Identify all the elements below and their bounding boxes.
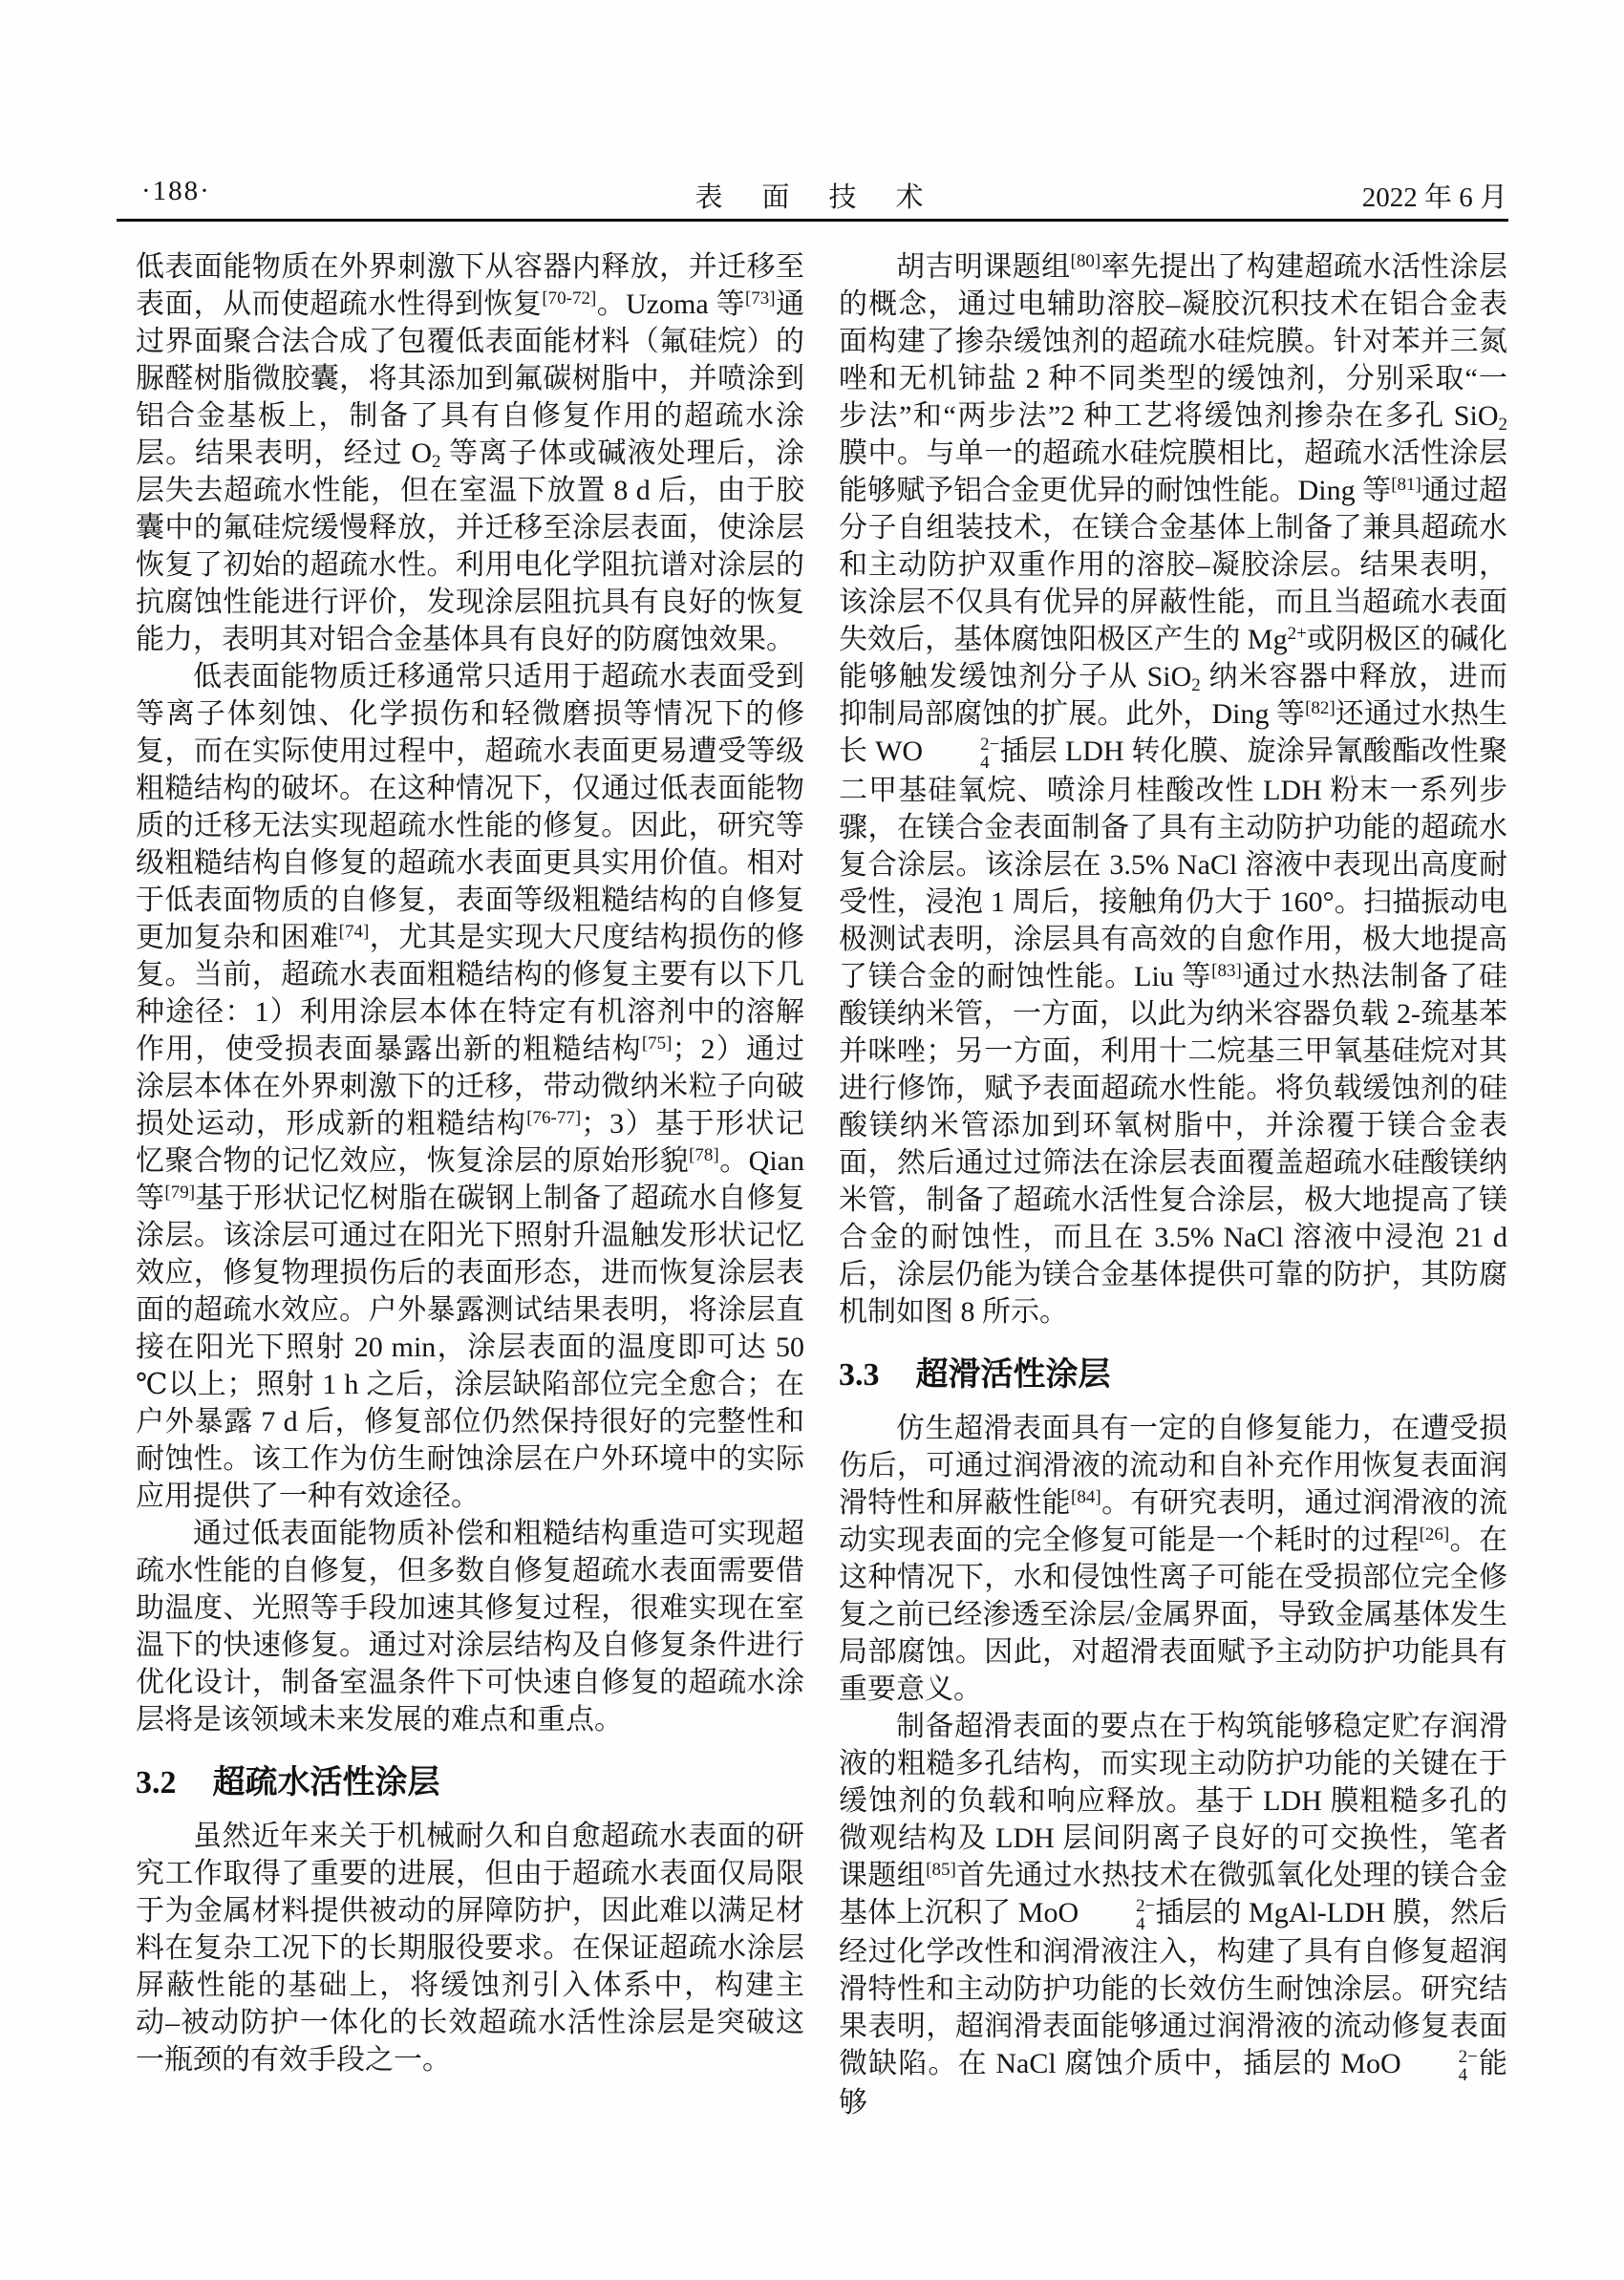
- stacked-ion-charge: 2−4: [1401, 2048, 1478, 2084]
- issue-date: 2022 年 6 月: [1362, 176, 1507, 215]
- chemical-subscript: 2: [432, 452, 441, 472]
- paragraph: 通过低表面能物质补偿和粗糙结构重造可实现超疏水性能的自修复，但多数自修复超疏水表…: [136, 1515, 804, 1738]
- reference-superscript: [85]: [926, 1860, 956, 1880]
- paragraph: 虽然近年来关于机械耐久和自愈超疏水表面的研究工作取得了重要的进展，但由于超疏水表…: [136, 1818, 804, 2078]
- reference-superscript: [81]: [1391, 475, 1421, 495]
- paragraph: 仿生超滑表面具有一定的自修复能力，在遭受损伤后，可通过润滑液的流动和自补充作用恢…: [839, 1410, 1507, 1708]
- section-heading-3-2: 3.2超疏水活性涂层: [136, 1761, 804, 1804]
- reference-superscript: [70-72]: [542, 288, 596, 309]
- paragraph: 制备超滑表面的要点在于构筑能够稳定贮存润滑液的粗糙多孔结构，而实现主动防护功能的…: [839, 1708, 1507, 2121]
- chemical-subscript: 2: [1191, 675, 1201, 695]
- paragraph: 胡吉明课题组[80]率先提出了构建超疏水活性涂层的概念，通过电辅助溶胶–凝胶沉积…: [839, 248, 1507, 1331]
- stacked-ion-charge: 2−4: [1079, 1897, 1155, 1933]
- reference-superscript: [73]: [745, 288, 776, 309]
- paragraph: 低表面能物质在外界刺激下从容器内释放，并迁移至表面，从而使超疏水性得到恢复[70…: [136, 248, 804, 658]
- right-column: 胡吉明课题组[80]率先提出了构建超疏水活性涂层的概念，通过电辅助溶胶–凝胶沉积…: [839, 248, 1507, 2121]
- reference-superscript: [75]: [642, 1033, 673, 1054]
- chemical-subscript: 2: [1499, 415, 1508, 435]
- paragraph: 低表面能物质迁移通常只适用于超疏水表面受到等离子体刻蚀、化学损伤和轻微磨损等情况…: [136, 658, 804, 1515]
- stacked-ion-charge: 2−4: [923, 735, 999, 772]
- reference-superscript: [82]: [1305, 698, 1336, 718]
- reference-superscript: [26]: [1420, 1524, 1450, 1545]
- reference-superscript: [83]: [1211, 961, 1242, 981]
- journal-page: ·188· 表 面 技 术 2022 年 6 月 低表面能物质在外界刺激下从容器…: [0, 0, 1624, 2280]
- section-number: 3.3: [839, 1357, 880, 1393]
- header-rule: [117, 219, 1508, 222]
- reference-superscript: [78]: [689, 1145, 719, 1165]
- section-title: 超滑活性涂层: [916, 1356, 1111, 1393]
- section-heading-3-3: 3.3超滑活性涂层: [839, 1353, 1507, 1396]
- section-title: 超疏水活性涂层: [213, 1764, 440, 1801]
- left-column: 低表面能物质在外界刺激下从容器内释放，并迁移至表面，从而使超疏水性得到恢复[70…: [136, 248, 804, 2078]
- reference-superscript: [79]: [164, 1183, 195, 1203]
- page-header: ·188· 表 面 技 术 2022 年 6 月: [0, 176, 1624, 216]
- section-number: 3.2: [136, 1765, 177, 1801]
- reference-superscript: [76-77]: [526, 1108, 581, 1128]
- reference-superscript: [74]: [339, 922, 370, 942]
- reference-superscript: [84]: [1071, 1487, 1101, 1507]
- reference-superscript: 2+: [1288, 624, 1307, 644]
- reference-superscript: [80]: [1071, 251, 1101, 271]
